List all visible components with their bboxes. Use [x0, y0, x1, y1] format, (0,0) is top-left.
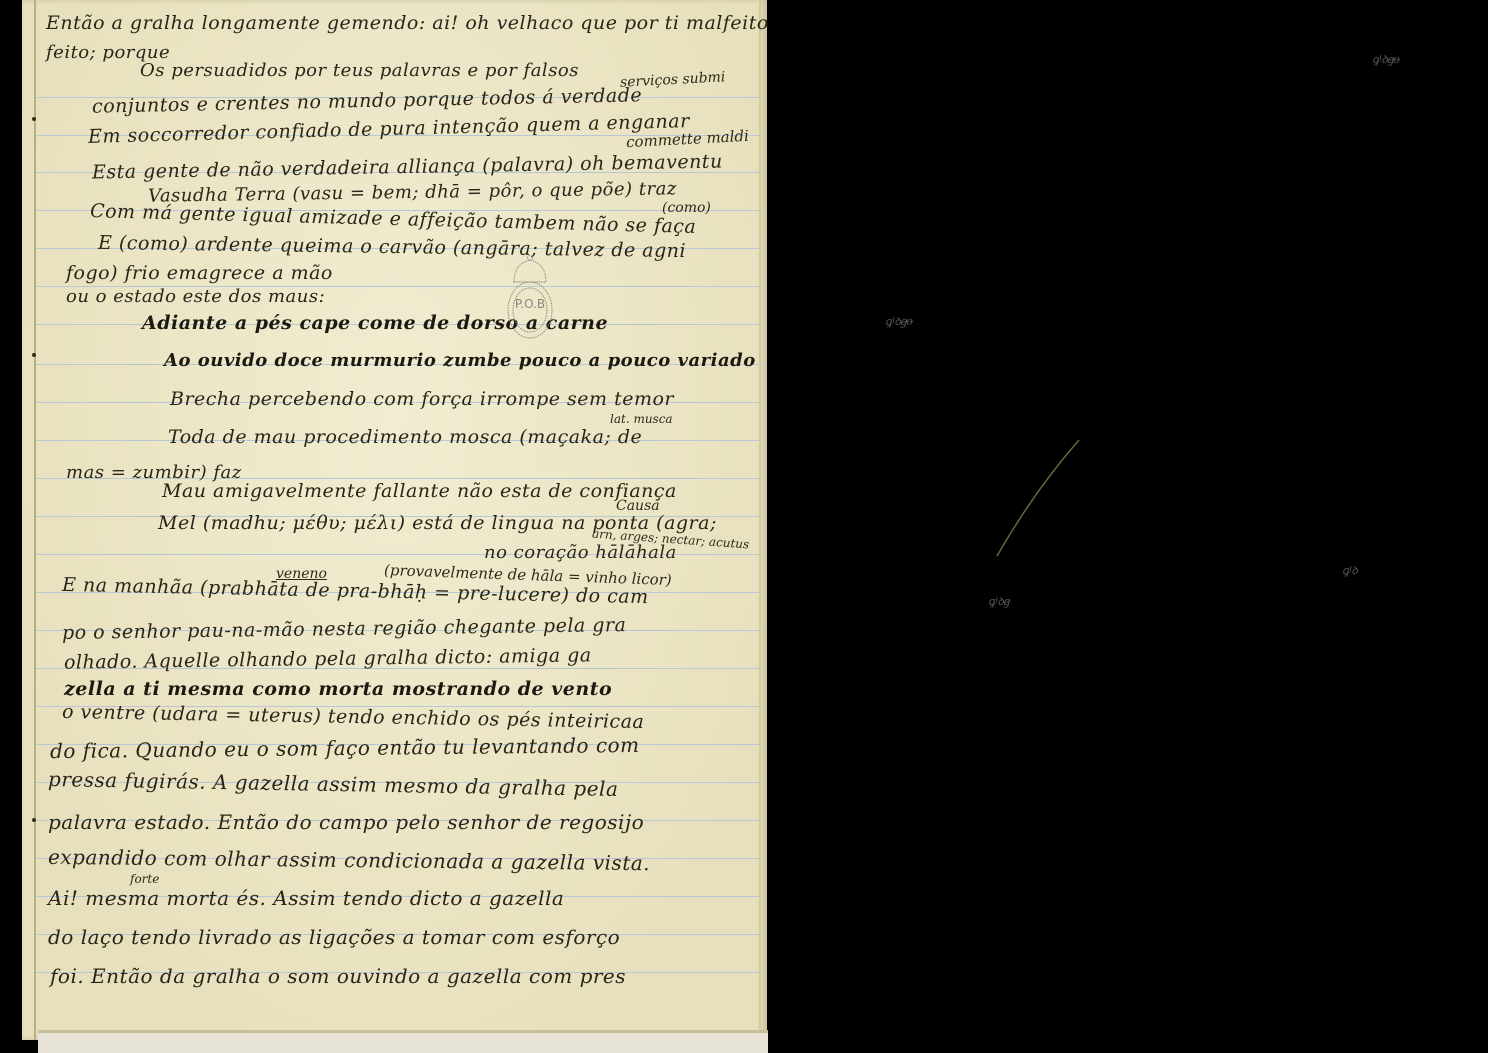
interlinear-note: serviços submi	[620, 69, 726, 90]
interlinear-note: Causa	[616, 498, 660, 514]
stray-scribble: ꝙꞌꝺ	[1342, 563, 1357, 578]
page-edge-line	[38, 1030, 768, 1033]
stamp-text: P.O.B	[508, 297, 552, 311]
text-line: E (como) ardente queima o carvão (angāra…	[98, 232, 686, 262]
interlinear-note: lat. musca	[610, 412, 673, 426]
text-line: do fica. Quando eu o som faço então tu l…	[50, 733, 640, 763]
text-line: pressa fugirás. A gazella assim mesmo da…	[48, 767, 619, 801]
text-line: po o senhor pau-na-mão nesta região cheg…	[62, 614, 627, 644]
text-line: Os persuadidos por teus palavras e por f…	[140, 60, 579, 81]
text-line: zella a ti mesma como morta mostrando de…	[64, 678, 612, 700]
binding-hole	[32, 818, 36, 822]
binding-hole	[32, 353, 36, 357]
page-bottom-edge	[38, 1030, 768, 1053]
text-line: do laço tendo livrado as ligações a toma…	[48, 925, 620, 949]
interlinear-note: forte	[130, 872, 159, 886]
text-line: Ao ouvido doce murmurio zumbe pouco a po…	[164, 350, 756, 371]
text-line: Brecha percebendo com força irrompe sem …	[170, 388, 674, 410]
text-line: palavra estado. Então do campo pelo senh…	[48, 810, 644, 834]
text-line: foi. Então da gralha o som ouvindo a gaz…	[50, 964, 626, 988]
text-line: Ai! mesma morta és. Assim tendo dicto a …	[48, 886, 564, 910]
stray-hair-line	[995, 440, 1085, 558]
text-line: olhado. Aquelle olhando pela gralha dict…	[64, 644, 592, 673]
left-margin-line	[34, 0, 36, 1040]
binding-hole	[32, 117, 36, 121]
text-line: Então a gralha longamente gemendo: ai! o…	[46, 12, 769, 34]
stray-scribble: ꝙꞌꝺꞡꝋ	[1372, 52, 1399, 67]
text-line: ou o estado este dos maus:	[66, 286, 325, 307]
text-line: Toda de mau procedimento mosca (maçaka; …	[168, 426, 642, 448]
interlinear-note: (como)	[662, 200, 711, 216]
text-line: Mau amigavelmente fallante não esta de c…	[162, 480, 677, 502]
stray-scribble: ꝙꞌꝺꞡꝋ	[885, 314, 912, 329]
page-edge	[759, 0, 761, 1040]
manuscript-page: Então a gralha longamente gemendo: ai! o…	[22, 0, 767, 1040]
library-stamp: P.O.B	[500, 252, 560, 342]
text-line: fogo) frio emagrece a mão	[66, 262, 333, 284]
text-line: expandido com olhar assim condicionada a…	[48, 845, 650, 875]
stray-scribble: ꝙꞌꝺꞡ	[988, 594, 1009, 609]
text-line: Vasudha Terra (vasu = bem; dhā = pôr, o …	[148, 178, 677, 206]
interlinear-note: veneno	[276, 566, 327, 582]
text-line: no coração hālāhala	[484, 542, 677, 563]
